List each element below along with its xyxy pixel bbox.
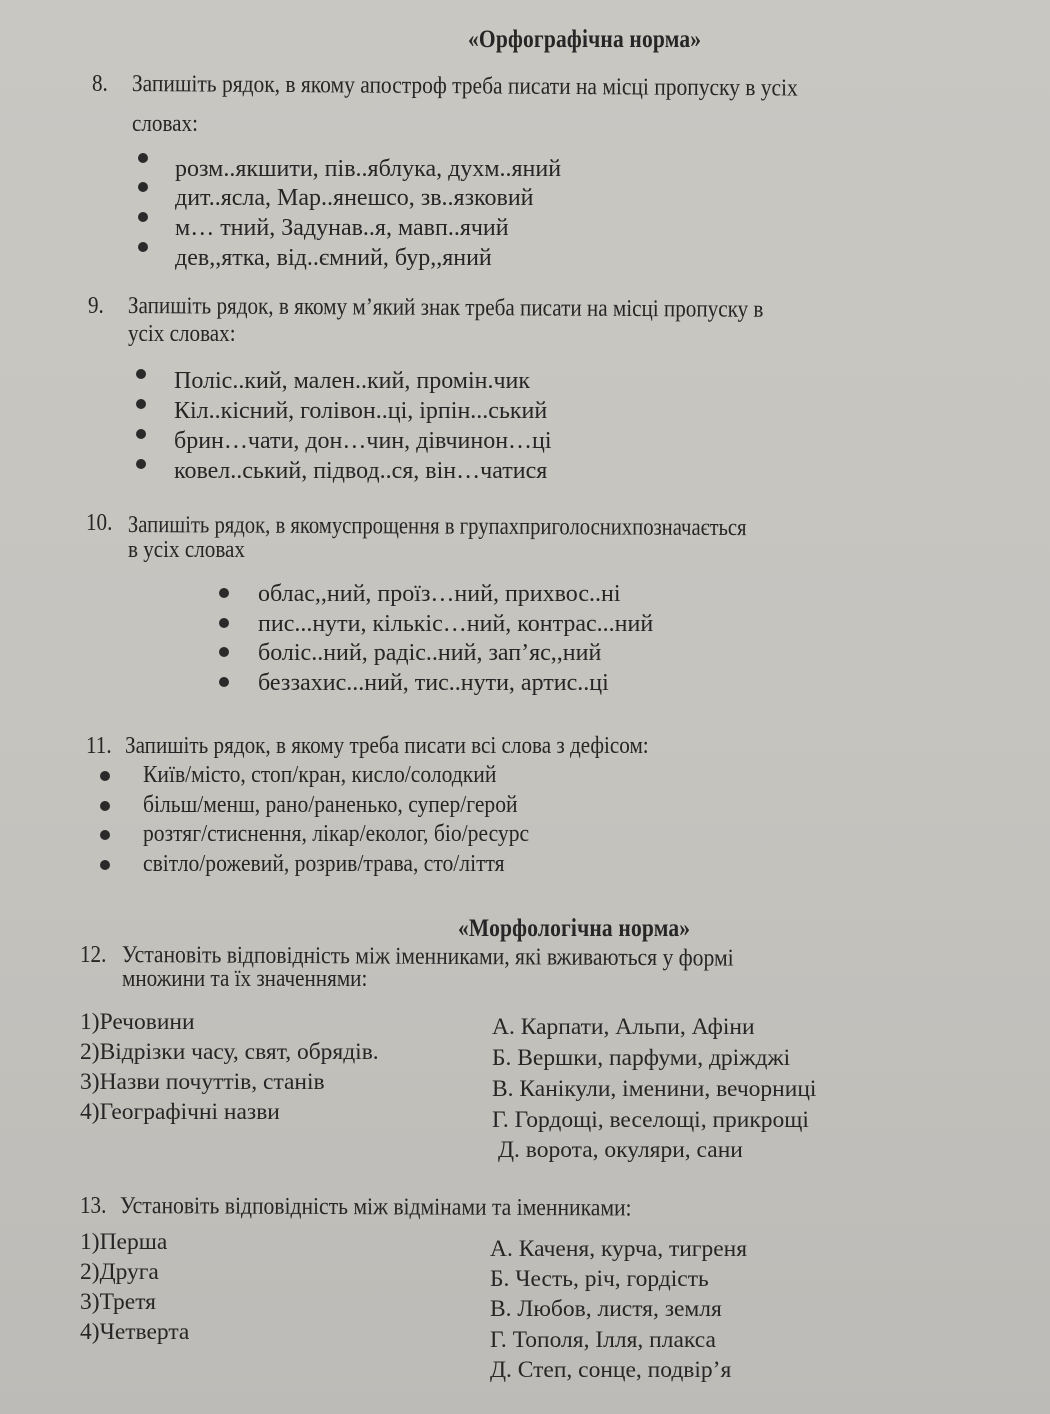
match-right-item: Д. Степ, сонце, подвір’я — [490, 1355, 731, 1385]
match-left-item: 4)Географічні назви — [80, 1097, 280, 1127]
question-text: множини та їх значеннями: — [122, 967, 367, 992]
match-left-item: 3)Третя — [80, 1287, 156, 1317]
match-right-item: А. Карпати, Альпи, Афіни — [492, 1012, 755, 1042]
bullet-icon — [136, 429, 146, 439]
question-text: в усіх словах — [128, 538, 245, 563]
bullet-icon — [100, 830, 110, 840]
question-text: Запишіть рядок, в якому треба писати всі… — [125, 734, 649, 759]
answer-option: Київ/місто, стоп/кран, кисло/солодкий — [143, 761, 496, 791]
answer-option: дев,,ятка, від..ємний, бур,,яний — [175, 244, 492, 274]
question-text: словах: — [132, 112, 198, 137]
answer-option: ковел..ський, підвод..ся, він…чатися — [174, 457, 547, 487]
answer-option: пис...нути, кількіс…ний, контрас...ний — [258, 610, 653, 640]
match-left-item: 2)Друга — [80, 1257, 159, 1287]
answer-option: дит..ясла, Мар..янешсо, зв..язковий — [175, 184, 534, 214]
section-title-morphology: «Морфологічна норма» — [458, 915, 690, 943]
match-right-item: А. Каченя, курча, тигреня — [490, 1234, 747, 1264]
answer-option: розм..якшити, пів..яблука, духм..яний — [175, 155, 561, 185]
bullet-icon — [100, 860, 110, 870]
bullet-icon — [136, 459, 146, 469]
bullet-icon — [100, 801, 110, 811]
question-number: 8. — [92, 72, 108, 97]
match-right-item: Г. Тополя, Ілля, плакса — [490, 1325, 716, 1355]
bullet-icon — [100, 771, 110, 781]
answer-option: облас,,ний, проїз…ний, прихвос..ні — [258, 580, 621, 610]
match-left-item: 4)Четверта — [80, 1317, 189, 1347]
bullet-icon — [138, 153, 148, 163]
bullet-icon — [136, 399, 146, 409]
question-text: Запишіть рядок, в якому апостроф треба п… — [132, 72, 798, 102]
match-left-item: 3)Назви почуттів, станів — [80, 1067, 325, 1097]
match-right-item: Д. ворота, окуляри, сани — [498, 1135, 743, 1165]
question-number: 10. — [86, 511, 112, 536]
question-number: 9. — [88, 294, 104, 319]
bullet-icon — [138, 212, 148, 222]
question-number: 11. — [86, 734, 112, 759]
bullet-icon — [138, 182, 148, 192]
question-text: Установіть відповідність між відмінами т… — [120, 1194, 632, 1221]
answer-option: Поліс..кий, мален..кий, промін.чик — [174, 367, 530, 397]
question-text: Запишіть рядок, в якому м’який знак треб… — [128, 294, 764, 323]
answer-option: розтяг/стиснення, лікар/еколог, біо/ресу… — [143, 820, 529, 850]
answer-option: беззахис...ний, тис..нути, артис..ці — [258, 669, 609, 699]
answer-option: брин…чати, дон…чин, дівчинон…ці — [174, 427, 552, 457]
match-left-item: 2)Відрізки часу, свят, обрядів. — [80, 1037, 379, 1067]
question-text: усіх словах: — [128, 322, 236, 347]
match-left-item: 1)Перша — [80, 1227, 167, 1257]
match-right-item: Б. Вершки, парфуми, дріжджі — [492, 1043, 790, 1073]
section-title-orthography: «Орфографічна норма» — [468, 26, 701, 54]
answer-option: м… тний, Задунав..я, мавп..ячий — [175, 214, 509, 244]
match-right-item: Б. Честь, річ, гордість — [490, 1264, 709, 1294]
match-right-item: Г. Гордощі, веселощі, прикрощі — [492, 1105, 809, 1135]
answer-option: боліс..ний, радіс..ний, зап’яс,,ний — [258, 639, 601, 669]
bullet-icon — [219, 588, 229, 598]
match-left-item: 1)Речовини — [80, 1007, 195, 1037]
answer-option: Кіл..кісний, голівон..ці, ірпін...ський — [174, 397, 547, 427]
bullet-icon — [219, 677, 229, 687]
question-number: 12. — [80, 943, 106, 968]
bullet-icon — [219, 647, 229, 657]
question-number: 13. — [80, 1194, 106, 1219]
answer-option: більш/менш, рано/раненько, супер/герой — [143, 791, 518, 821]
bullet-icon — [136, 369, 146, 379]
bullet-icon — [219, 618, 229, 628]
bullet-icon — [138, 242, 148, 252]
match-right-item: В. Канікули, іменини, вечорниці — [492, 1074, 816, 1104]
answer-option: світло/рожевий, розрив/трава, сто/ліття — [143, 850, 505, 880]
match-right-item: В. Любов, листя, земля — [490, 1294, 722, 1324]
